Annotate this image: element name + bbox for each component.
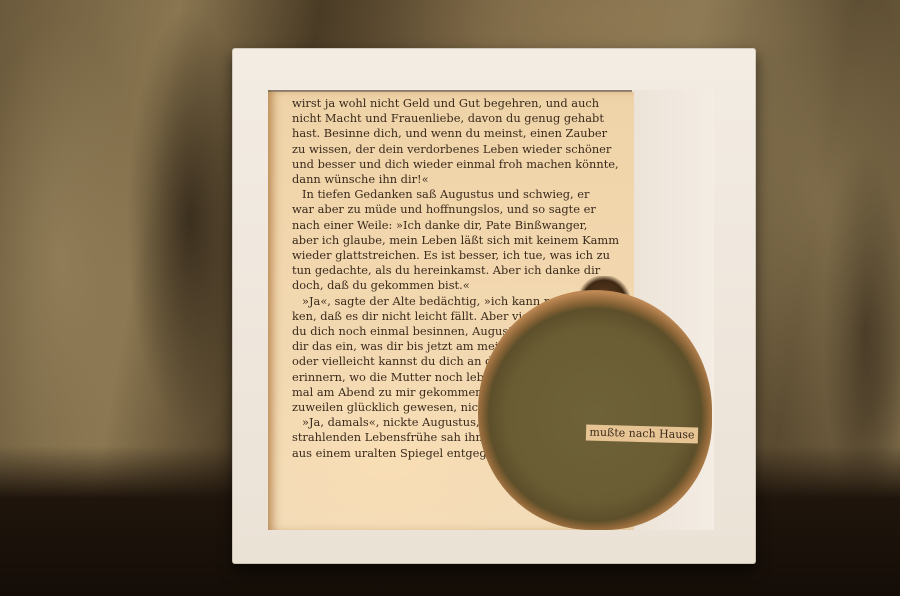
text-line: war aber zu müde und hoffnungslos, und s… — [292, 202, 612, 217]
text-line: nach einer Weile: »Ich danke dir, Pate B… — [292, 218, 612, 233]
text-line: tun gedachte, als du hereinkamst. Aber i… — [292, 263, 612, 278]
text-line: dann wünsche ihn dir!« — [292, 172, 612, 187]
text-line: und besser und dich wieder einmal froh m… — [292, 157, 612, 172]
frame-interior: wirst ja wohl nicht Geld und Gut begehre… — [268, 90, 714, 530]
text-line: hast. Besinne dich, und wenn du meinst, … — [292, 126, 612, 141]
text-line: doch, daß du gekommen bist.« — [292, 278, 612, 293]
text-line: aber ich glaube, mein Leben läßt sich mi… — [292, 233, 612, 248]
tea-bag-stain — [478, 290, 712, 530]
text-line: wieder glattstreichen. Es ist besser, ic… — [292, 248, 612, 263]
shadow-box-frame: wirst ja wohl nicht Geld und Gut begehre… — [232, 48, 756, 564]
text-line: wirst ja wohl nicht Geld und Gut begehre… — [292, 96, 612, 111]
collage-text-strip: mußte nach Hause — [586, 425, 698, 444]
text-line: zu wissen, der dein verdorbenes Leben wi… — [292, 142, 612, 157]
text-line: In tiefen Gedanken saß Augustus und schw… — [292, 187, 612, 202]
text-line: nicht Macht und Frauenliebe, davon du ge… — [292, 111, 612, 126]
